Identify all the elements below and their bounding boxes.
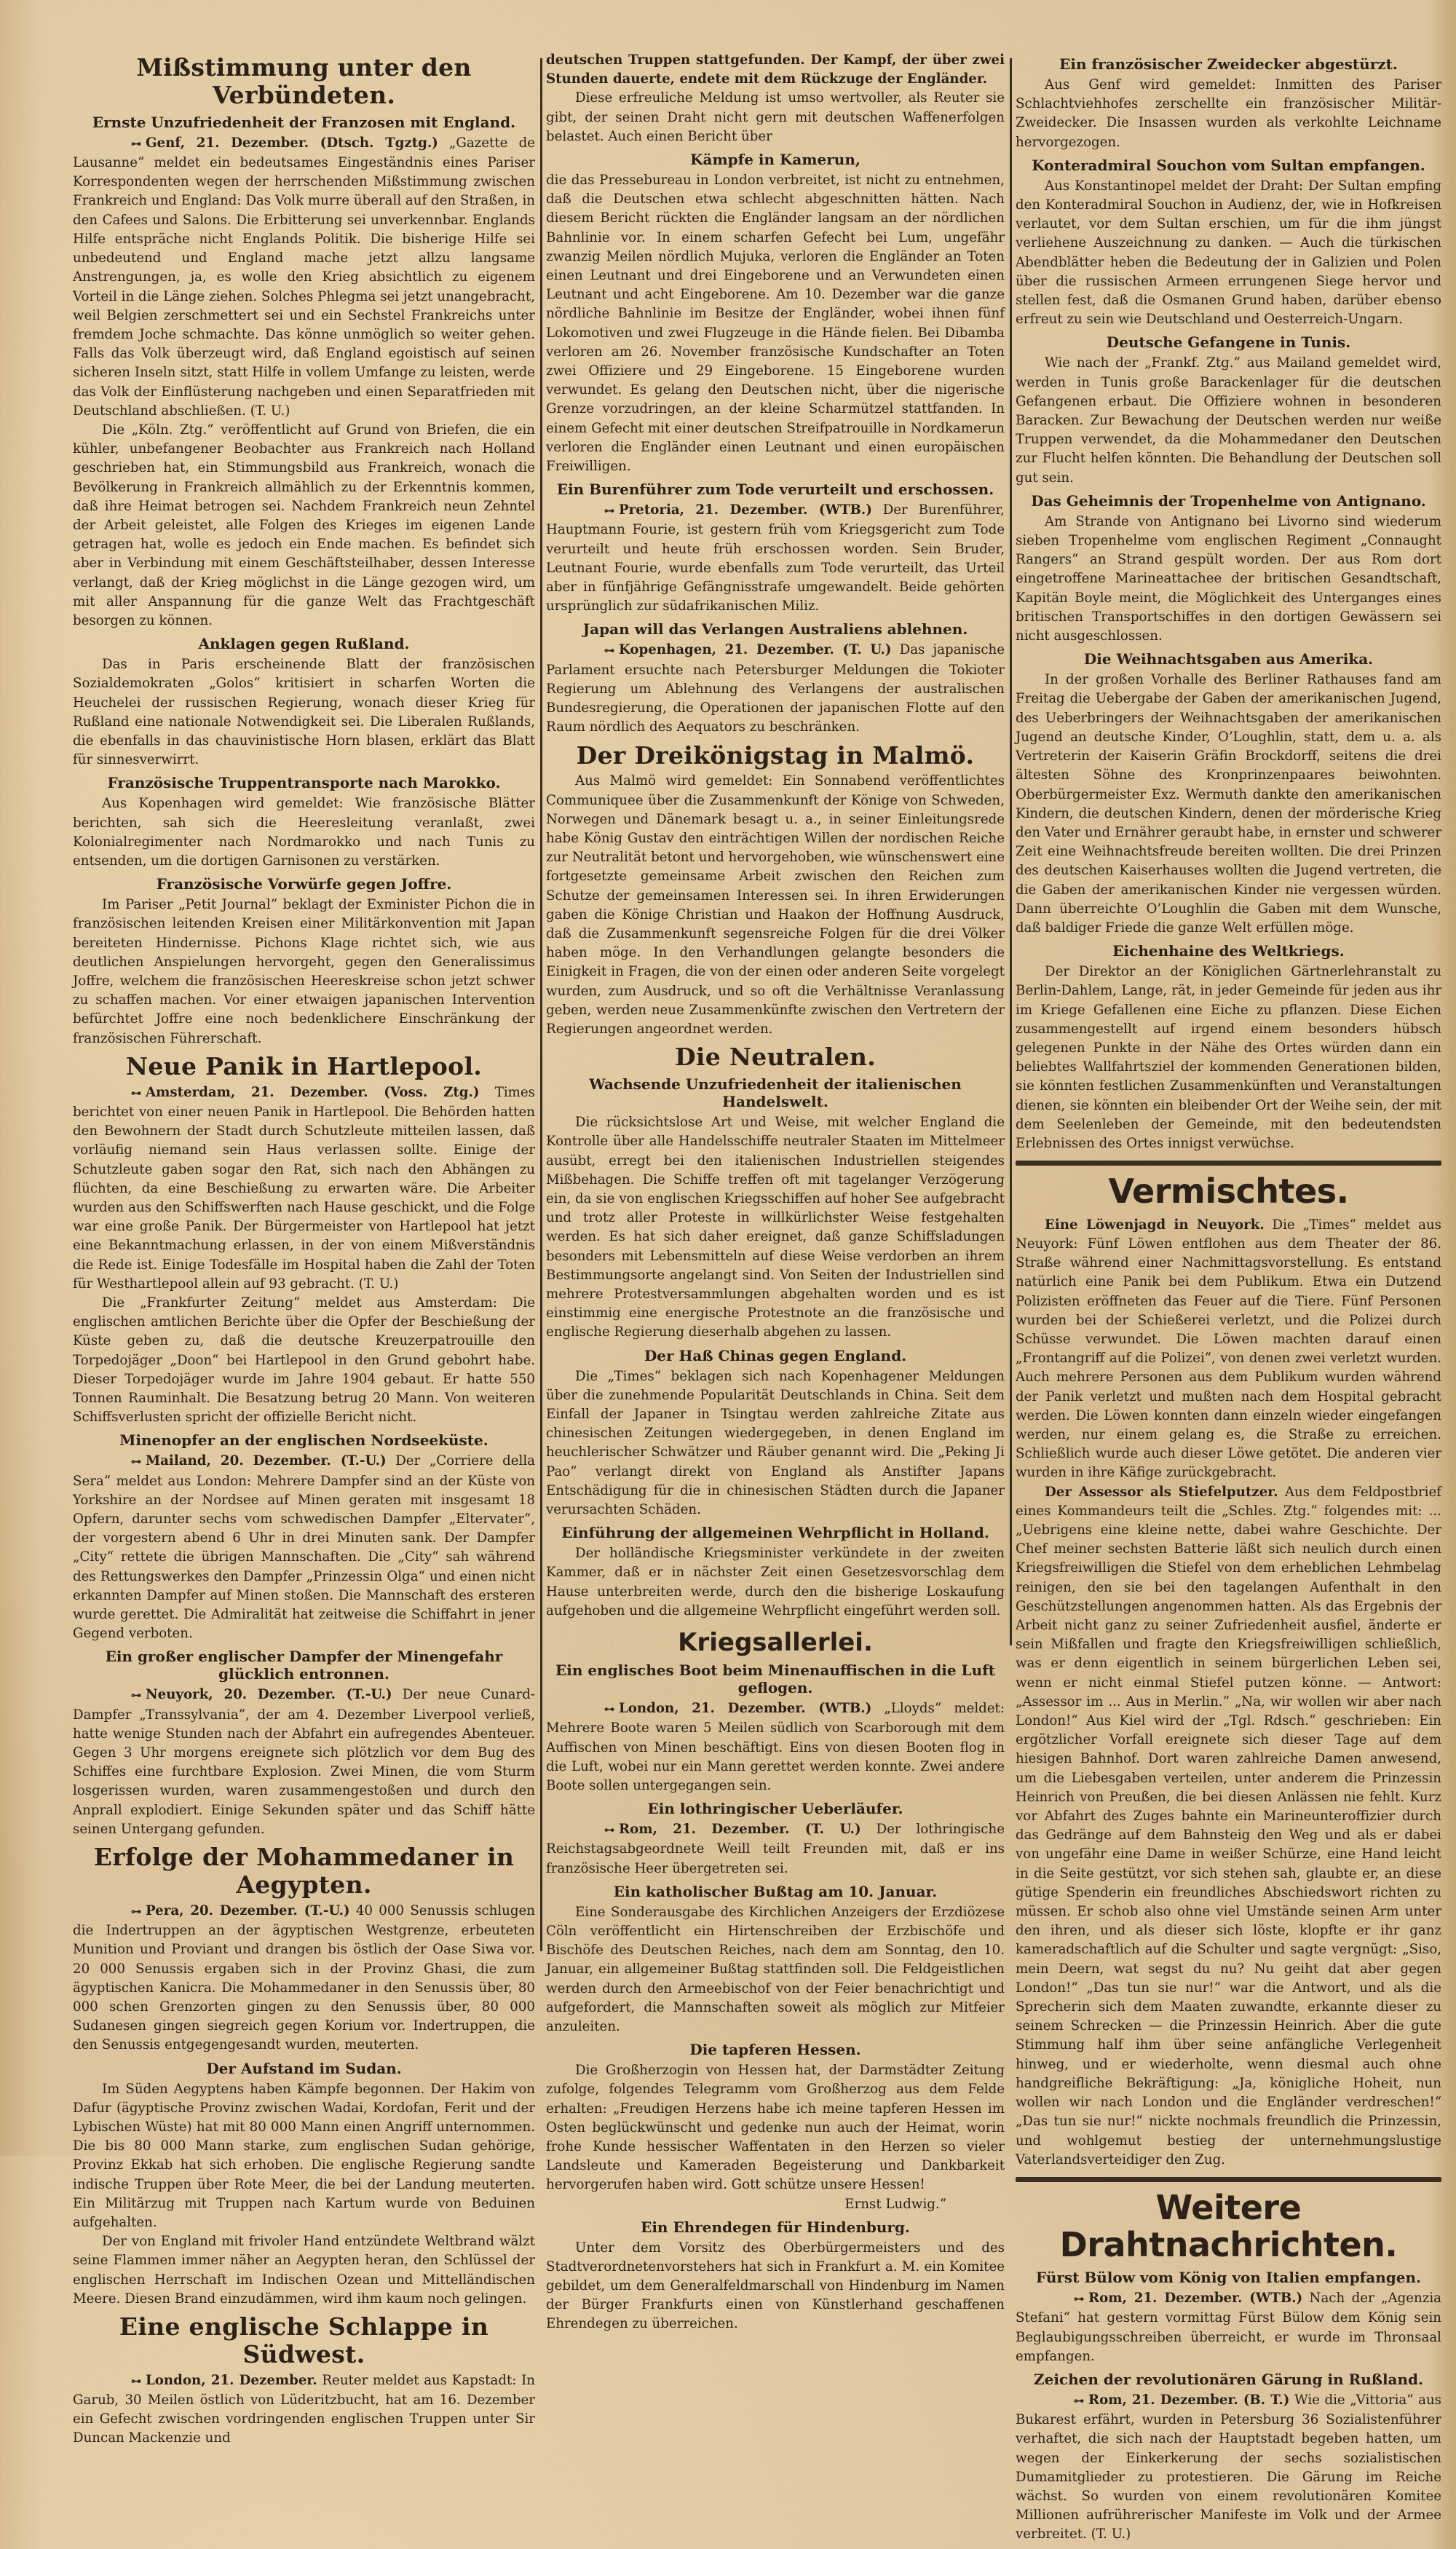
telegraph-hand-icon: ⊶ <box>102 1902 141 1921</box>
article-tapferen-hessen: Die tapferen Hessen. Die Großherzogin vo… <box>546 2041 1005 2156</box>
article-souchon: Konteradmiral Souchon vom Sultan empfang… <box>1016 157 1441 330</box>
telegraph-hand-icon: ⊶ <box>575 1821 614 1840</box>
item-lead: Eine Löwenjagd in Neuyork. <box>1045 1217 1265 1233</box>
article-body: Das in Paris erscheinende Blatt der fran… <box>73 655 535 770</box>
article-body: Eine Löwenjagd in Neuyork. Die „Times“ m… <box>1016 1216 1441 1483</box>
dateline: Amsterdam, 21. Dezember. (Voss. Ztg.) <box>146 1085 479 1100</box>
article-body: Im Süden Aegyptens haben Kämpfe begonnen… <box>73 2080 535 2156</box>
subheadline: Japan will das Verlangen Australiens abl… <box>546 620 1005 638</box>
article-panik-hartlepool: Neue Panik in Hartlepool. ⊶Amsterdam, 21… <box>73 1053 535 1428</box>
article-body: Im Pariser „Petit Journal“ beklagt der E… <box>73 896 535 1048</box>
item-lead: Der Assessor als Stiefelputzer. <box>1045 1485 1278 1500</box>
dateline: Rom, 21. Dezember. (T. U.) <box>619 1822 861 1837</box>
article-body: die das Pressebureau in London verbreite… <box>546 171 1005 476</box>
article-erfolge-mohammedaner: Erfolge der Mohammedaner in Aegypten. ⊶P… <box>73 1843 535 2055</box>
article-dreikoenigstag: Der Dreikönigstag in Malmö. Aus Malmö wi… <box>546 742 1005 1040</box>
section-vermischtes: Vermischtes. Eine Löwenjagd in Neuyork. … <box>1016 1173 1441 2156</box>
article-weihnachtsgaben: Die Weihnachtsgaben aus Amerika. In der … <box>1016 650 1441 938</box>
article-body: Die rücksichtslose Art und Weise, mit we… <box>546 1113 1005 1342</box>
article-body: Aus Kopenhagen wird gemeldet: Wie franzö… <box>73 794 535 871</box>
article-continuation: deutschen Truppen stattgefunden. Der Kam… <box>546 51 1005 146</box>
article-lothringischer-ueberlaeufer: Ein lothringischer Ueberläufer. ⊶Rom, 21… <box>546 1800 1005 1878</box>
column-rule <box>1010 58 1012 1645</box>
column-1: Mißstimmung unter den Verbündeten. Ernst… <box>73 51 535 2156</box>
dateline: London, 21. Dezember. (WTB.) <box>619 1701 871 1716</box>
headline: Der Dreikönigstag in Malmö. <box>546 742 1005 770</box>
subheadline: Ernste Unzufriedenheit der Franzosen mit… <box>73 114 535 131</box>
article-body: In der großen Vorhalle des Berliner Rath… <box>1016 671 1441 938</box>
article-body: Am Strande von Antignano bei Livorno sin… <box>1016 513 1441 646</box>
subheadline: Kämpfe in Kamerun, <box>546 151 1005 168</box>
article-japan-australien: Japan will das Verlangen Australiens abl… <box>546 620 1005 737</box>
subheadline: Die Weihnachtsgaben aus Amerika. <box>1016 650 1441 668</box>
telegraph-hand-icon: ⊶ <box>102 1686 141 1705</box>
article-body: Der Direktor an der Königlichen Gärtnerl… <box>1016 963 1441 1153</box>
article-body: Die „Köln. Ztg.“ veröffentlicht auf Grun… <box>73 421 535 631</box>
article-body: ⊶Amsterdam, 21. Dezember. (Voss. Ztg.) T… <box>73 1083 535 1294</box>
article-misstimmung: Mißstimmung unter den Verbündeten. Ernst… <box>73 54 535 631</box>
telegraph-hand-icon: ⊶ <box>102 1453 141 1471</box>
subheadline: Deutsche Gefangene in Tunis. <box>1016 333 1441 351</box>
article-body: ⊶Pera, 20. Dezember. (T.-U.) 40 000 Senu… <box>73 1902 535 2055</box>
subheadline: Anklagen gegen Rußland. <box>73 635 535 652</box>
article-hass-chinas: Der Haß Chinas gegen England. Die „Times… <box>546 1347 1005 1520</box>
subheadline: Die tapferen Hessen. <box>546 2041 1005 2058</box>
article-vorwuerfe-joffre: Französische Vorwürfe gegen Joffre. Im P… <box>73 875 535 1048</box>
subheadline: Französische Truppentransporte nach Maro… <box>73 774 535 791</box>
headline: Die Neutralen. <box>546 1043 1005 1071</box>
article-body: ⊶Mailand, 20. Dezember. (T.-U.) Der „Cor… <box>73 1452 535 1643</box>
article-bußtag: Ein katholischer Bußtag am 10. Januar. E… <box>546 1883 1005 2036</box>
subheadline: Französische Vorwürfe gegen Joffre. <box>73 875 535 893</box>
article-body: ⊶Neuyork, 20. Dezember. (T.-U.) Der neue… <box>73 1685 535 1839</box>
article-body: ⊶Genf, 21. Dezember. (Dtsch. Tgztg.) „Ga… <box>73 134 535 421</box>
section-headline: Kriegsallerlei. <box>546 1628 1005 1657</box>
subheadline: Ein großer englischer Dampfer der Mineng… <box>73 1648 535 1683</box>
article-kriegsallerlei: Kriegsallerlei. Ein englisches Boot beim… <box>546 1628 1005 1795</box>
headline: Neue Panik in Hartlepool. <box>73 1053 535 1080</box>
article-body: Eine Sonderausgabe des Kirchlichen Anzei… <box>546 1903 1005 2036</box>
headline: Erfolge der Mohammedaner in Aegypten. <box>73 1843 535 1899</box>
section-divider <box>1016 1161 1441 1166</box>
subheadline: Ein lothringischer Ueberläufer. <box>546 1800 1005 1817</box>
article-gefangene-tunis: Deutsche Gefangene in Tunis. Wie nach de… <box>1016 333 1441 487</box>
subheadline: Einführung der allgemeinen Wehrpflicht i… <box>546 1524 1005 1541</box>
subheadline: Ein Burenführer zum Tode verurteilt und … <box>546 481 1005 498</box>
article-minenopfer: Minenopfer an der englischen Nordseeküst… <box>73 1431 535 1643</box>
subheadline: Wachsende Unzufriedenheit der italienisc… <box>546 1075 1005 1110</box>
article-zweidecker: Ein französischer Zweidecker abgestürzt.… <box>1016 55 1441 152</box>
article-body: Die Großherzogin von Hessen hat, der Dar… <box>546 2061 1005 2156</box>
subheadline: Das Geheimnis der Tropenhelme von Antign… <box>1016 492 1441 510</box>
subheadline: Der Haß Chinas gegen England. <box>546 1347 1005 1364</box>
article-body: deutschen Truppen stattgefunden. Der Kam… <box>546 51 1005 89</box>
article-dampfer-entronnen: Ein großer englischer Dampfer der Mineng… <box>73 1648 535 1839</box>
dateline: Neuyork, 20. Dezember. (T.-U.) <box>146 1687 392 1702</box>
column-2: deutschen Truppen stattgefunden. Der Kam… <box>546 51 1005 2156</box>
article-body: Aus Malmö wird gemeldet: Ein Sonnabend v… <box>546 772 1005 1039</box>
article-anklagen-russland: Anklagen gegen Rußland. Das in Paris ers… <box>73 635 535 770</box>
telegraph-hand-icon: ⊶ <box>102 1084 141 1103</box>
article-aufstand-sudan: Der Aufstand im Sudan. Im Süden Aegypten… <box>73 2060 535 2156</box>
article-tropenhelme: Das Geheimnis der Tropenhelme von Antign… <box>1016 492 1441 646</box>
article-body: ⊶London, 21. Dezember. (WTB.) „Lloyds“ m… <box>546 1699 1005 1795</box>
column-rule <box>540 58 542 1951</box>
article-kaempfe-kamerun: Kämpfe in Kamerun, die das Pressebureau … <box>546 151 1005 476</box>
headline: Mißstimmung unter den Verbündeten. <box>73 54 535 109</box>
subheadline: Der Aufstand im Sudan. <box>73 2060 535 2077</box>
section-headline: Vermischtes. <box>1016 1173 1441 1210</box>
article-eichenhaine: Eichenhaine des Weltkriegs. Der Direktor… <box>1016 942 1441 1153</box>
dateline: Mailand, 20. Dezember. (T.-U.) <box>146 1453 387 1469</box>
article-body: Wie nach der „Frankf. Ztg.“ aus Mailand … <box>1016 354 1441 487</box>
dateline: Kopenhagen, 21. Dezember. (T. U.) <box>619 642 891 657</box>
article-body: Der holländische Kriegsminister verkünde… <box>546 1544 1005 1621</box>
telegraph-hand-icon: ⊶ <box>575 641 614 660</box>
article-body: Diese erfreuliche Meldung ist umso wertv… <box>546 89 1005 146</box>
subheadline: Ein französischer Zweidecker abgestürzt. <box>1016 55 1441 73</box>
article-body: Aus Konstantinopel meldet der Draht: Der… <box>1016 177 1441 330</box>
article-body: Die „Times“ beklagen sich nach Kopenhage… <box>546 1367 1005 1520</box>
subheadline: Ein katholischer Bußtag am 10. Januar. <box>546 1883 1005 1900</box>
subheadline: Ein englisches Boot beim Minenauffischen… <box>546 1661 1005 1696</box>
article-body: Aus Genf wird gemeldet: Inmitten des Par… <box>1016 76 1441 152</box>
article-body: Die „Frankfurter Zeitung“ meldet aus Ams… <box>73 1294 535 1427</box>
dateline: Genf, 21. Dezember. (Dtsch. Tgztg.) <box>146 135 438 151</box>
column-3: Ein französischer Zweidecker abgestürzt.… <box>1016 51 1441 2156</box>
telegraph-hand-icon: ⊶ <box>102 135 141 154</box>
article-body: Der Assessor als Stiefelputzer. Aus dem … <box>1016 1483 1441 2156</box>
newspaper-page: Mißstimmung unter den Verbündeten. Ernst… <box>73 51 1441 2148</box>
article-neutralen: Die Neutralen. Wachsende Unzufriedenheit… <box>546 1043 1005 1342</box>
subheadline: Eichenhaine des Weltkriegs. <box>1016 942 1441 960</box>
dateline: Pretoria, 21. Dezember. (WTB.) <box>619 502 872 518</box>
telegraph-hand-icon: ⊶ <box>575 502 614 521</box>
article-body: ⊶Rom, 21. Dezember. (T. U.) Der lothring… <box>546 1820 1005 1878</box>
article-body: ⊶Kopenhagen, 21. Dezember. (T. U.) Das j… <box>546 641 1005 737</box>
article-body: ⊶Pretoria, 21. Dezember. (WTB.) Der Bure… <box>546 501 1005 616</box>
subheadline: Minenopfer an der englischen Nordseeküst… <box>73 1431 535 1449</box>
telegraph-hand-icon: ⊶ <box>575 1700 614 1719</box>
subheadline: Konteradmiral Souchon vom Sultan empfang… <box>1016 157 1441 174</box>
dateline: Pera, 20. Dezember. (T.-U.) <box>146 1903 350 1918</box>
article-burenfuehrer: Ein Burenführer zum Tode verurteilt und … <box>546 481 1005 616</box>
article-truppentransporte-marokko: Französische Truppentransporte nach Maro… <box>73 774 535 871</box>
article-wehrpflicht-holland: Einführung der allgemeinen Wehrpflicht i… <box>546 1524 1005 1621</box>
